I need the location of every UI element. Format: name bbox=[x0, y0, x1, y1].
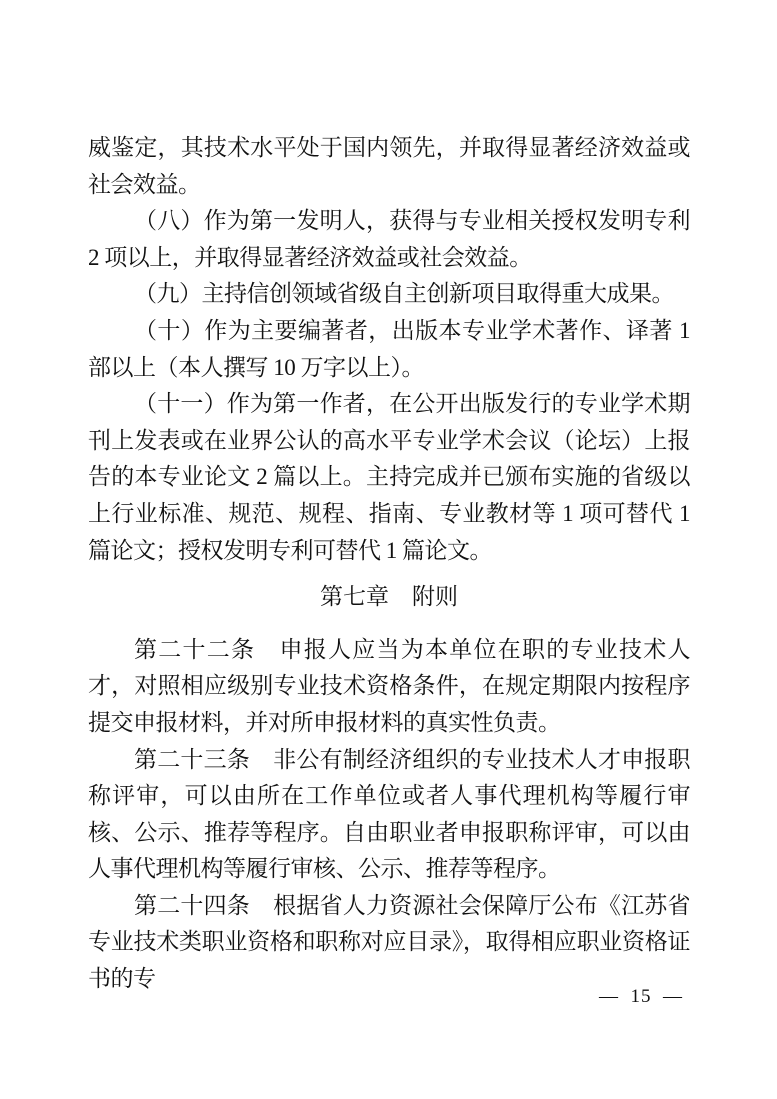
paragraph: （九）主持信创领域省级自主创新项目取得重大成果。 bbox=[88, 276, 690, 313]
paragraph: （八）作为第一发明人，获得与专业相关授权发明专利 2 项以上，并取得显著经济效益… bbox=[88, 203, 690, 276]
paragraph: 第二十二条 申报人应当为本单位在职的专业技术人才，对照相应级别专业技术资格条件，… bbox=[88, 632, 690, 742]
paragraph: （十一）作为第一作者，在公开出版发行的专业学术期刊上发表或在业界公认的高水平专业… bbox=[88, 386, 690, 569]
paragraph: 第二十四条 根据省人力资源社会保障厅公布《江苏省专业技术类职业资格和职称对应目录… bbox=[88, 888, 690, 998]
document-page: 威鉴定，其技术水平处于国内领先，并取得显著经济效益或社会效益。（八）作为第一发明… bbox=[0, 0, 777, 1099]
paragraph: 威鉴定，其技术水平处于国内领先，并取得显著经济效益或社会效益。 bbox=[88, 130, 690, 203]
paragraph: 第二十三条 非公有制经济组织的专业技术人才申报职称评审，可以由所在工作单位或者人… bbox=[88, 742, 690, 888]
chapter-heading: 第七章 附则 bbox=[88, 579, 690, 616]
paragraph: （十）作为主要编著者，出版本专业学术著作、译著 1 部以上（本人撰写 10 万字… bbox=[88, 313, 690, 386]
page-number: — 15 — bbox=[599, 985, 683, 1009]
document-content: 威鉴定，其技术水平处于国内领先，并取得显著经济效益或社会效益。（八）作为第一发明… bbox=[88, 130, 690, 998]
